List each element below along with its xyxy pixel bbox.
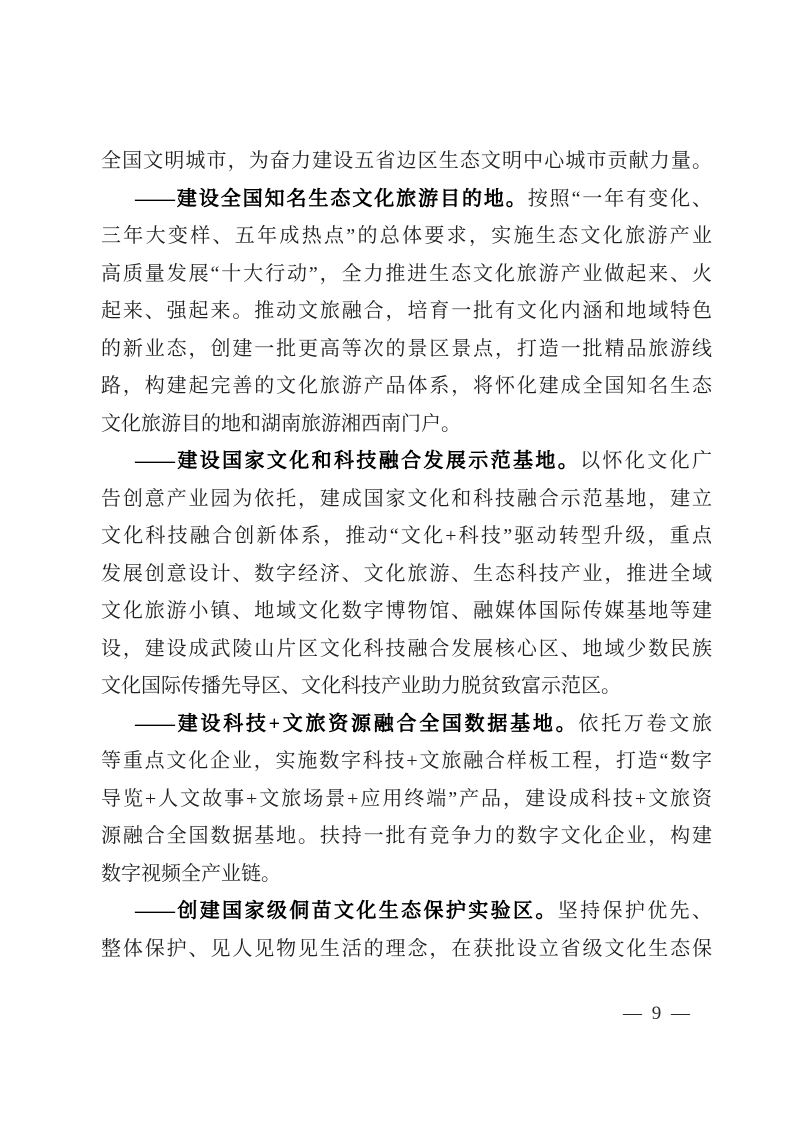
- page-number: — 9 —: [623, 1001, 690, 1027]
- document-page: 全国文明城市，为奋力建设五省边区生态文明中心城市贡献力量。 ——建设全国知名生态…: [0, 0, 793, 1122]
- text-line: 三年大变样、五年成热点”的总体要求，实施生态文化旅游产业: [101, 218, 712, 256]
- line-text: 按照“一年有变化、: [528, 188, 712, 210]
- line-text: 文化科技融合创新体系，推动“文化+科技”驱动转型升级，重点: [101, 525, 712, 547]
- text-line: 高质量发展“十大行动”，全力推进生态文化旅游产业做起来、火: [101, 256, 712, 294]
- text-line: 的新业态，创建一批更高等次的景区景点，打造一批精品旅游线: [101, 331, 712, 369]
- text-line: 文化国际传播先导区、文化科技产业助力脱贫致富示范区。: [101, 668, 712, 706]
- line-text: 导览+人文故事+文旅场景+应用终端”产品，建设成科技+文旅资: [101, 788, 712, 810]
- line-text: 路，构建起完善的文化旅游产品体系，将怀化建成全国知名生态: [101, 375, 712, 397]
- text-line: 告创意产业园为依托，建成国家文化和科技融合示范基地，建立: [101, 481, 712, 519]
- text-line: 文化旅游目的地和湖南旅游湘西南门户。: [101, 406, 712, 444]
- text-line: 起来、强起来。推动文旅融合，培育一批有文化内涵和地域特色: [101, 293, 712, 331]
- line-text: 告创意产业园为依托，建成国家文化和科技融合示范基地，建立: [101, 488, 712, 510]
- text-line: 设，建设成武陵山片区文化科技融合发展核心区、地域少数民族: [101, 631, 712, 669]
- line-text: 数字视频全产业链。: [101, 863, 281, 885]
- line-text: 源融合全国数据基地。扶持一批有竞争力的数字文化企业，构建: [101, 825, 712, 847]
- line-text: 全国文明城市，为奋力建设五省边区生态文明中心城市贡献力量。: [101, 150, 712, 172]
- line-text: 发展创意设计、数字经济、文化旅游、生态科技产业，推进全域: [101, 563, 712, 585]
- line-text: 文化国际传播先导区、文化科技产业助力脱贫致富示范区。: [101, 675, 621, 697]
- line-text: 高质量发展“十大行动”，全力推进生态文化旅游产业做起来、火: [101, 263, 712, 285]
- line-text: 的新业态，创建一批更高等次的景区景点，打造一批精品旅游线: [101, 338, 712, 360]
- text-line: ——建设国家文化和科技融合发展示范基地。以怀化文化广: [101, 443, 712, 481]
- paragraph-heading: ——建设全国知名生态文化旅游目的地。: [135, 188, 528, 210]
- paragraph-heading: ——建设科技+文旅资源融合全国数据基地。: [135, 713, 578, 735]
- line-text: 起来、强起来。推动文旅融合，培育一批有文化内涵和地域特色: [101, 300, 712, 322]
- line-text: 三年大变样、五年成热点”的总体要求，实施生态文化旅游产业: [101, 225, 712, 247]
- text-line: ——建设科技+文旅资源融合全国数据基地。依托万卷文旅: [101, 706, 712, 744]
- line-text: 文化旅游目的地和湖南旅游湘西南门户。: [101, 413, 461, 435]
- line-text: 整体保护、见人见物见生活的理念，在获批设立省级文化生态保: [101, 938, 712, 960]
- text-line: 整体保护、见人见物见生活的理念，在获批设立省级文化生态保: [101, 931, 712, 969]
- text-line: 等重点文化企业，实施数字科技+文旅融合样板工程，打造“数字: [101, 743, 712, 781]
- line-text: 依托万卷文旅: [578, 713, 712, 735]
- paragraph-heading: ——创建国家级侗苗文化生态保护实验区。: [135, 900, 558, 922]
- text-line: 数字视频全产业链。: [101, 856, 712, 894]
- text-line: 全国文明城市，为奋力建设五省边区生态文明中心城市贡献力量。: [101, 143, 712, 181]
- line-text: 等重点文化企业，实施数字科技+文旅融合样板工程，打造“数字: [101, 750, 712, 772]
- line-text: 设，建设成武陵山片区文化科技融合发展核心区、地域少数民族: [101, 638, 712, 660]
- text-line: ——建设全国知名生态文化旅游目的地。按照“一年有变化、: [101, 181, 712, 219]
- paragraph-heading: ——建设国家文化和科技融合发展示范基地。: [135, 450, 580, 472]
- text-line: 发展创意设计、数字经济、文化旅游、生态科技产业，推进全域: [101, 556, 712, 594]
- line-text: 坚持保护优先、: [558, 900, 712, 922]
- text-line: 文化科技融合创新体系，推动“文化+科技”驱动转型升级，重点: [101, 518, 712, 556]
- line-text: 以怀化文化广: [580, 450, 712, 472]
- text-line: 文化旅游小镇、地域文化数字博物馆、融媒体国际传媒基地等建: [101, 593, 712, 631]
- text-line: 导览+人文故事+文旅场景+应用终端”产品，建设成科技+文旅资: [101, 781, 712, 819]
- text-line: 源融合全国数据基地。扶持一批有竞争力的数字文化企业，构建: [101, 818, 712, 856]
- text-line: ——创建国家级侗苗文化生态保护实验区。坚持保护优先、: [101, 893, 712, 931]
- document-text-block: 全国文明城市，为奋力建设五省边区生态文明中心城市贡献力量。 ——建设全国知名生态…: [101, 143, 712, 968]
- text-line: 路，构建起完善的文化旅游产品体系，将怀化建成全国知名生态: [101, 368, 712, 406]
- line-text: 文化旅游小镇、地域文化数字博物馆、融媒体国际传媒基地等建: [101, 600, 712, 622]
